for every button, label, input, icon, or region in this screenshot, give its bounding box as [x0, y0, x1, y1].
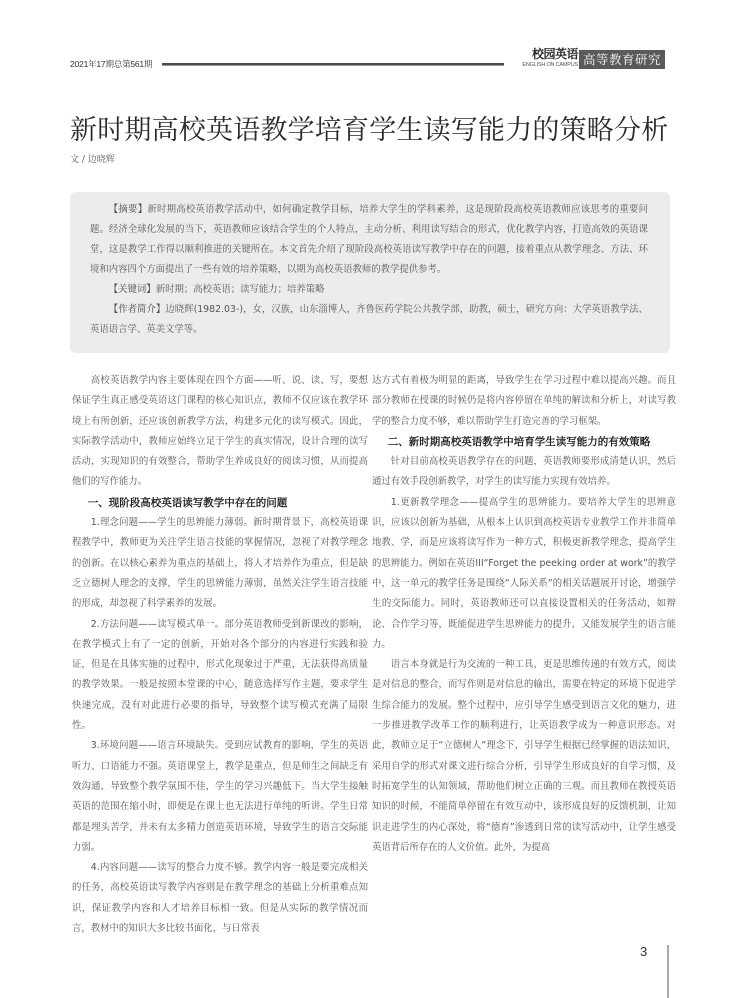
- paragraph-language-tool: 语言本身就是行为交流的一种工具，更是思维传递的有效方式，阅读是对信息的整合，而写…: [372, 655, 676, 858]
- author-byline: 文 / 边晓辉: [70, 152, 115, 165]
- article-title: 新时期高校英语教学培育学生读写能力的策略分析: [70, 108, 668, 147]
- journal-brand: 校园英语 ENGLISH ON CAMPUS: [508, 47, 578, 73]
- journal-name-cn: 校园英语: [508, 47, 578, 61]
- section-tag: 高等教育研究: [579, 50, 665, 69]
- intro-paragraph: 高校英语教学内容主要体现在四个方面——听、说、读、写，要想保证学生真正感受英语这…: [72, 371, 368, 493]
- paragraph-concept-problem: 1.理念问题——学生的思辨能力薄弱。新时期背景下，高校英语课程教学中，教师更为关…: [72, 513, 368, 614]
- abstract-summary: 【摘要】新时期高校英语教学活动中，如何确定教学目标，培养大学生的学科素养，这是现…: [90, 200, 648, 280]
- header-rule: [162, 63, 504, 66]
- page-edge-bar: [667, 945, 669, 998]
- paragraph-update-concept: 1.更新教学理念——提高学生的思辨能力。要培养大学生的思辨意识，应该以创新为基础…: [372, 493, 676, 655]
- keywords-label: 【关键词】: [109, 284, 156, 295]
- abstract-box: 【摘要】新时期高校英语教学活动中，如何确定教学目标，培养大学生的学科素养，这是现…: [70, 192, 670, 353]
- section-heading-1: 一、现阶段高校英语读写教学中存在的问题: [72, 493, 368, 513]
- paragraph-environment-problem: 3.环境问题——语言环境缺失。受到应试教育的影响，学生的英语听力、口语能力不强。…: [72, 736, 368, 858]
- author-label: 【作者简介】: [109, 304, 166, 315]
- issue-number: 2021年17期总第561期: [70, 58, 152, 70]
- page-header: 2021年17期总第561期 校园英语 ENGLISH ON CAMPUS 高等…: [0, 0, 740, 80]
- right-column: 达方式有着极为明显的距离，导致学生在学习过程中难以提高兴趣。而且部分教师在授课的…: [372, 371, 676, 858]
- abstract-author: 【作者简介】边晓辉(1982.03-)，女，汉族，山东淄博人，齐鲁医药学院公共教…: [90, 300, 648, 340]
- paragraph-content-problem: 4.内容问题——读写的整合力度不够。教学内容一般是要完成相关的任务，高校英语读写…: [72, 858, 368, 939]
- paragraph-method-problem: 2.方法问题——读写模式单一。部分英语教师受到新课改的影响，在教学模式上有了一定…: [72, 615, 368, 737]
- section-heading-2: 二、新时期高校英语教学中培育学生读写能力的有效策略: [372, 432, 676, 452]
- journal-name-en: ENGLISH ON CAMPUS: [508, 61, 578, 69]
- abstract-keywords: 【关键词】新时期；高校英语；读写能力；培养策略: [90, 280, 648, 300]
- left-column: 高校英语教学内容主要体现在四个方面——听、说、读、写，要想保证学生真正感受英语这…: [72, 371, 368, 939]
- paragraph-strategy-intro: 针对目前高校英语教学存在的问题，英语教师要形成清楚认识，然后通过有效手段创新教学…: [372, 452, 676, 493]
- page-number: 3: [640, 944, 647, 959]
- paragraph-continued: 达方式有着极为明显的距离，导致学生在学习过程中难以提高兴趣。而且部分教师在授课的…: [372, 371, 676, 432]
- abstract-label: 【摘要】: [109, 204, 148, 215]
